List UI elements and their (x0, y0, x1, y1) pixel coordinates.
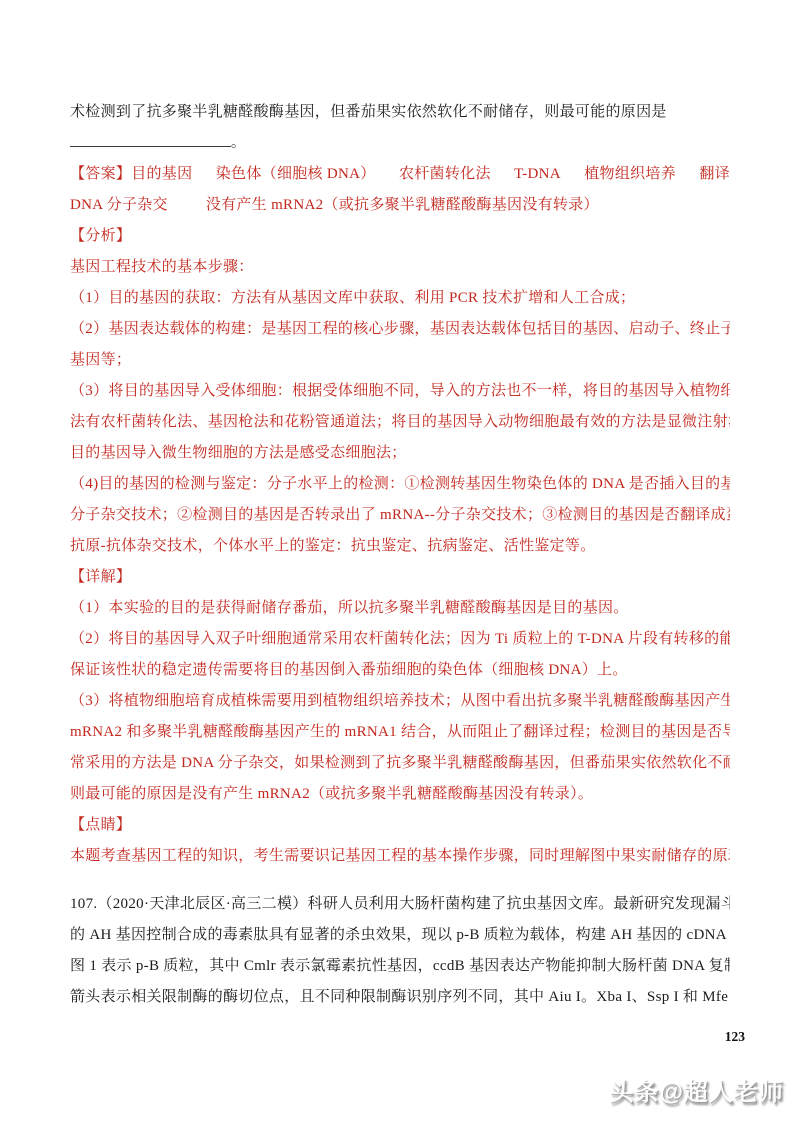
paragraph-spacer (70, 872, 730, 889)
answer-blank-underline (70, 133, 231, 147)
analysis-line: 基因工程技术的基本步骤： (70, 252, 730, 283)
answer-item: 植物组织培养 (584, 159, 676, 190)
detail-line: mRNA2 和多聚半乳糖醛酸酶基因产生的 mRNA1 结合，从而阻止了翻译过程；… (70, 717, 730, 748)
page-content: 术检测到了抗多聚半乳糖醛酸酶基因，但番茄果实依然软化不耐储存，则最可能的原因是 … (70, 97, 730, 1013)
question-tail-text: 术检测到了抗多聚半乳糖醛酸酶基因，但番茄果实依然软化不耐储存，则最可能的原因是 (70, 97, 730, 128)
answer-first-group: 【答案】目的基因 (70, 159, 192, 190)
analysis-line: （2）基因表达载体的构建：是基因工程的核心步骤，基因表达载体包括目的基因、启动子… (70, 314, 730, 345)
analysis-label: 【分析】 (70, 221, 730, 252)
detail-line: （3）将植物细胞培育成植株需要用到植物组织培养技术；从图中看出抗多聚半乳糖醛酸酶… (70, 686, 730, 717)
detail-label: 【详解】 (70, 562, 730, 593)
analysis-line: 法有农杆菌转化法、基因枪法和花粉管通道法；将目的基因导入动物细胞最有效的方法是显… (70, 407, 730, 438)
page-number: 123 (725, 1029, 745, 1045)
detail-line: 常采用的方法是 DNA 分子杂交，如果检测到了抗多聚半乳糖醛酸酶基因，但番茄果实… (70, 748, 730, 779)
analysis-line: 目的基因导入微生物细胞的方法是感受态细胞法； (70, 438, 730, 469)
answer-item: 染色体（细胞核 DNA） (216, 159, 376, 190)
analysis-line: （3）将目的基因导入受体细胞：根据受体细胞不同，导入的方法也不一样，将目的基因导… (70, 376, 730, 407)
answer-item: 农杆菌转化法 (399, 159, 491, 190)
analysis-line: 抗原-抗体杂交技术，个体水平上的鉴定：抗虫鉴定、抗病鉴定、活性鉴定等。 (70, 531, 730, 562)
answer-label: 【答案】 (70, 166, 131, 182)
detail-line: （1）本实验的目的是获得耐储存番茄，所以抗多聚半乳糖醛酸酶基因是目的基因。 (70, 593, 730, 624)
analysis-line: （4)目的基因的检测与鉴定：分子水平上的检测：①检测转基因生物染色体的 DNA … (70, 469, 730, 500)
next-question-line: 图 1 表示 p-B 质粒，其中 Cmlr 表示氯霉素抗性基因，ccdB 基因表… (70, 951, 730, 982)
blank-period: 。 (231, 136, 245, 151)
analysis-line: 基因等； (70, 345, 730, 376)
document-page: 术检测到了抗多聚半乳糖醛酸酶基因，但番茄果实依然软化不耐储存，则最可能的原因是 … (0, 0, 794, 1123)
analysis-line: （1）目的基因的获取：方法有从基因文库中获取、利用 PCR 技术扩增和人工合成； (70, 283, 730, 314)
fill-in-blank-row: 。 (70, 128, 730, 159)
tip-line: 本题考查基因工程的知识，考生需要识记基因工程的基本操作步骤，同时理解图中果实耐储… (70, 841, 730, 872)
answer-item: T-DNA (514, 159, 561, 190)
next-question-line: 的 AH 基因控制合成的毒素肽具有显著的杀虫效果，现以 p-B 质粒为载体，构建… (70, 920, 730, 951)
next-question-line: 107.（2020·天津北辰区·高三二模）科研人员利用大肠杆菌构建了抗虫基因文库… (70, 889, 730, 920)
detail-line: 则最可能的原因是没有产生 mRNA2（或抗多聚半乳糖醛酸酶基因没有转录）。 (70, 779, 730, 810)
detail-line: 保证该性状的稳定遗传需要将目的基因倒入番茄细胞的染色体（细胞核 DNA）上。 (70, 655, 730, 686)
analysis-line: 分子杂交技术；②检测目的基因是否转录出了 mRNA--分子杂交技术；③检测目的基… (70, 500, 730, 531)
answer-item: 翻译 (699, 159, 730, 190)
answer-item: 没有产生 mRNA2（或抗多聚半乳糖醛酸酶基因没有转录） (206, 197, 599, 213)
answer-line-2: DNA 分子杂交没有产生 mRNA2（或抗多聚半乳糖醛酸酶基因没有转录） (70, 190, 730, 221)
tip-label: 【点睛】 (70, 810, 730, 841)
answer-line-1: 【答案】目的基因 染色体（细胞核 DNA） 农杆菌转化法 T-DNA 植物组织培… (70, 159, 730, 190)
detail-line: （2）将目的基因导入双子叶细胞通常采用农杆菌转化法；因为 Ti 质粒上的 T-D… (70, 624, 730, 655)
watermark-toutiao-badge: 头条@超人老师 (610, 1072, 784, 1107)
next-question-line: 箭头表示相关限制酶的酶切位点，且不同种限制酶识别序列不同，其中 Aiu I。Xb… (70, 982, 730, 1013)
answer-item: 目的基因 (131, 166, 192, 182)
answer-item: DNA 分子杂交 (70, 197, 168, 213)
